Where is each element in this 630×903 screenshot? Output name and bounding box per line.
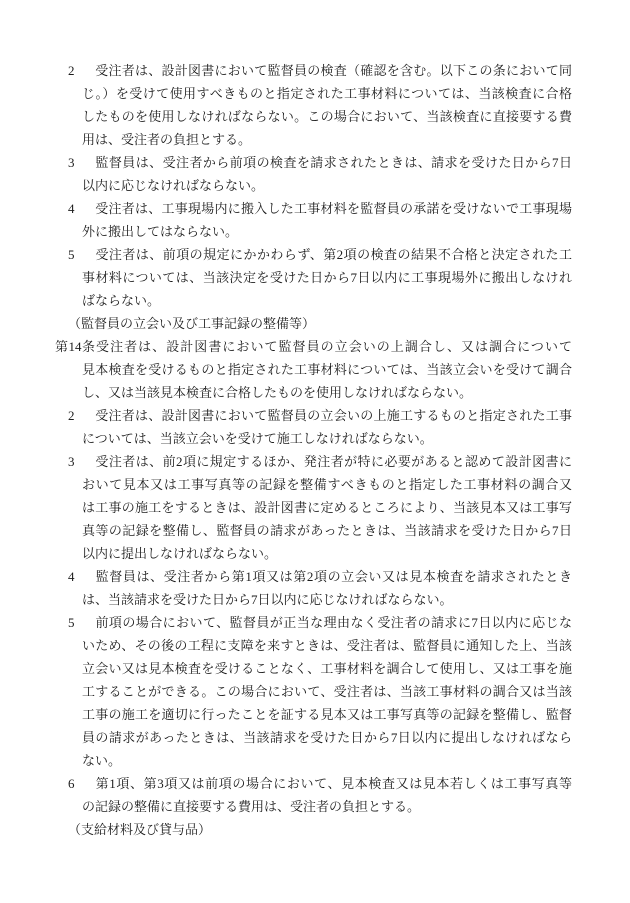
paragraph-text: 受注者は、前項の規定にかかわらず、第2項の検査の結果不合格と決定された工	[95, 247, 572, 262]
paragraph-number: 3	[68, 450, 95, 473]
paragraph-text: 見本検査を受けるものと指定された工事材料については、当該立会いを受けて調合	[82, 362, 572, 377]
paragraph-number: 2	[68, 59, 95, 82]
paragraph-number: 4	[68, 565, 95, 588]
text-line: 工することができる。この場合において、受注者は、当該工事材料の調合又は当該	[55, 680, 572, 703]
paragraph-number: 第14条	[55, 335, 95, 358]
paragraph-text: 事材料については、当該決定を受けた日から7日以内に工事現場外に搬出しなけれ	[82, 270, 572, 285]
text-line: ばならない。	[55, 289, 572, 312]
text-line: 2受注者は、設計図書において監督員の検査（確認を含む。以下この条において同	[55, 59, 572, 82]
text-line: じ。）を受けて使用すべきものと指定された工事材料については、当該検査に合格	[55, 82, 572, 105]
text-line: 用は、受注者の負担とする。	[55, 128, 572, 151]
text-line: 4受注者は、工事現場内に搬入した工事材料を監督員の承諾を受けないで工事現場	[55, 197, 572, 220]
paragraph-number: 5	[68, 611, 95, 634]
paragraph-text: したものを使用しなければならない。この場合において、当該検査に直接要する費	[82, 109, 572, 124]
page-content: 2受注者は、設計図書において監督員の検査（確認を含む。以下この条において同じ。）…	[0, 0, 630, 841]
paragraph-text: 監督員は、受注者から第1項又は第2項の立会い又は見本検査を請求されたとき	[95, 569, 572, 584]
text-line: 5受注者は、前項の規定にかかわらず、第2項の検査の結果不合格と決定された工	[55, 243, 572, 266]
text-line: 2受注者は、設計図書において監督員の立会いの上施工するものと指定された工事	[55, 404, 572, 427]
paragraph-text: （監督員の立会い及び工事記録の整備等）	[68, 316, 315, 331]
paragraph-text: 受注者は、前2項に規定するほか、発注者が特に必要があると認めて設計図書に	[95, 454, 572, 469]
text-line: 以内に応じなければならない。	[55, 174, 572, 197]
item-paragraph: 4監督員は、受注者から第1項又は第2項の立会い又は見本検査を請求されたときは、当…	[55, 565, 572, 611]
paragraph-text: については、当該立会いを受けて施工しなければならない。	[82, 431, 433, 446]
paragraph-text: は、当該請求を受けた日から7日以内に応じなければならない。	[82, 592, 453, 607]
paragraph-text: ない。	[82, 753, 121, 768]
item-paragraph: 3監督員は、受注者から前項の検査を請求されたときは、請求を受けた日から7日以内に…	[55, 151, 572, 197]
item-paragraph: 5受注者は、前項の規定にかかわらず、第2項の検査の結果不合格と決定された工事材料…	[55, 243, 572, 312]
paragraph-text: し、又は当該見本検査に合格したものを使用しなければならない。	[82, 385, 472, 400]
text-line: したものを使用しなければならない。この場合において、当該検査に直接要する費	[55, 105, 572, 128]
text-line: は、当該請求を受けた日から7日以内に応じなければならない。	[55, 588, 572, 611]
paragraph-text: 以内に応じなければならない。	[82, 178, 264, 193]
paragraph-number: 5	[68, 243, 95, 266]
text-line: は工事の施工をするときは、設計図書に定めるところにより、当該見本又は工事写	[55, 496, 572, 519]
item-paragraph: 6第1項、第3項又は前項の場合において、見本検査又は見本若しくは工事写真等の記録…	[55, 772, 572, 818]
paragraph-text: の記録の整備に直接要する費用は、受注者の負担とする。	[82, 799, 420, 814]
paragraph-text: いため、その後の工程に支障を来すときは、受注者は、監督員に通知した上、当該	[82, 638, 572, 653]
paragraph-number: 4	[68, 197, 95, 220]
text-line: 事材料については、当該決定を受けた日から7日以内に工事現場外に搬出しなけれ	[55, 266, 572, 289]
item-paragraph: 2受注者は、設計図書において監督員の立会いの上施工するものと指定された工事につい…	[55, 404, 572, 450]
paragraph-text: 受注者は、設計図書において監督員の立会いの上施工するものと指定された工事	[95, 408, 572, 423]
text-line: 立会い又は見本検査を受けることなく、工事材料を調合して使用し、又は工事を施	[55, 657, 572, 680]
text-line: 6第1項、第3項又は前項の場合において、見本検査又は見本若しくは工事写真等	[55, 772, 572, 795]
text-line: 以内に提出しなければならない。	[55, 542, 572, 565]
paragraph-text: 工することができる。この場合において、受注者は、当該工事材料の調合又は当該	[82, 684, 572, 699]
text-line: 5前項の場合において、監督員が正当な理由なく受注者の請求に7日以内に応じな	[55, 611, 572, 634]
document-page: 2受注者は、設計図書において監督員の検査（確認を含む。以下この条において同じ。）…	[0, 0, 630, 903]
text-line: 3監督員は、受注者から前項の検査を請求されたときは、請求を受けた日から7日	[55, 151, 572, 174]
text-line: おいて見本又は工事写真等の記録を整備すべきものと指定した工事材料の調合又	[55, 473, 572, 496]
text-line: （支給材料及び貸与品）	[55, 818, 572, 841]
paragraph-text: 工事の施工を適切に行ったことを証する見本又は工事写真等の記録を整備し、監督	[82, 707, 572, 722]
paragraph-text: 受注者は、工事現場内に搬入した工事材料を監督員の承諾を受けないで工事現場	[95, 201, 572, 216]
paragraph-text: 受注者は、設計図書において監督員の立会いの上調合し、又は調合について	[95, 339, 572, 354]
paragraph-text: ばならない。	[82, 293, 160, 308]
paragraph-text: 前項の場合において、監督員が正当な理由なく受注者の請求に7日以内に応じな	[95, 615, 572, 630]
text-line: 工事の施工を適切に行ったことを証する見本又は工事写真等の記録を整備し、監督	[55, 703, 572, 726]
paragraph-text: 外に搬出してはならない。	[82, 224, 238, 239]
item-paragraph: 5前項の場合において、監督員が正当な理由なく受注者の請求に7日以内に応じないため…	[55, 611, 572, 772]
paragraph-text: （支給材料及び貸与品）	[68, 822, 211, 837]
paragraph-text: は工事の施工をするときは、設計図書に定めるところにより、当該見本又は工事写	[82, 500, 572, 515]
paragraph-number: 6	[68, 772, 95, 795]
section-heading: （支給材料及び貸与品）	[55, 818, 572, 841]
paragraph-text: 真等の記録を整備し、監督員の請求があったときは、当該請求を受けた日から7日	[82, 523, 572, 538]
text-line: し、又は当該見本検査に合格したものを使用しなければならない。	[55, 381, 572, 404]
paragraph-text: 用は、受注者の負担とする。	[82, 132, 251, 147]
text-line: ない。	[55, 749, 572, 772]
paragraph-number: 2	[68, 404, 95, 427]
paragraph-number: 3	[68, 151, 95, 174]
article-paragraph: 第14条受注者は、設計図書において監督員の立会いの上調合し、又は調合について見本…	[55, 335, 572, 404]
text-line: については、当該立会いを受けて施工しなければならない。	[55, 427, 572, 450]
paragraph-text: おいて見本又は工事写真等の記録を整備すべきものと指定した工事材料の調合又	[82, 477, 572, 492]
text-line: の記録の整備に直接要する費用は、受注者の負担とする。	[55, 795, 572, 818]
paragraph-text: 監督員は、受注者から前項の検査を請求されたときは、請求を受けた日から7日	[95, 155, 572, 170]
text-line: 見本検査を受けるものと指定された工事材料については、当該立会いを受けて調合	[55, 358, 572, 381]
text-line: 外に搬出してはならない。	[55, 220, 572, 243]
text-line: いため、その後の工程に支障を来すときは、受注者は、監督員に通知した上、当該	[55, 634, 572, 657]
text-line: 第14条受注者は、設計図書において監督員の立会いの上調合し、又は調合について	[55, 335, 572, 358]
paragraph-text: 立会い又は見本検査を受けることなく、工事材料を調合して使用し、又は工事を施	[82, 661, 572, 676]
text-line: 4監督員は、受注者から第1項又は第2項の立会い又は見本検査を請求されたとき	[55, 565, 572, 588]
item-paragraph: 2受注者は、設計図書において監督員の検査（確認を含む。以下この条において同じ。）…	[55, 59, 572, 151]
paragraph-text: 第1項、第3項又は前項の場合において、見本検査又は見本若しくは工事写真等	[95, 776, 572, 791]
paragraph-text: 受注者は、設計図書において監督員の検査（確認を含む。以下この条において同	[95, 63, 572, 78]
item-paragraph: 4受注者は、工事現場内に搬入した工事材料を監督員の承諾を受けないで工事現場外に搬…	[55, 197, 572, 243]
text-line: 真等の記録を整備し、監督員の請求があったときは、当該請求を受けた日から7日	[55, 519, 572, 542]
text-line: 員の請求があったときは、当該請求を受けた日から7日以内に提出しなければなら	[55, 726, 572, 749]
paragraph-text: じ。）を受けて使用すべきものと指定された工事材料については、当該検査に合格	[82, 86, 572, 101]
section-heading: （監督員の立会い及び工事記録の整備等）	[55, 312, 572, 335]
paragraph-text: 以内に提出しなければならない。	[82, 546, 277, 561]
text-line: 3受注者は、前2項に規定するほか、発注者が特に必要があると認めて設計図書に	[55, 450, 572, 473]
item-paragraph: 3受注者は、前2項に規定するほか、発注者が特に必要があると認めて設計図書において…	[55, 450, 572, 565]
text-line: （監督員の立会い及び工事記録の整備等）	[55, 312, 572, 335]
paragraph-text: 員の請求があったときは、当該請求を受けた日から7日以内に提出しなければなら	[82, 730, 572, 745]
